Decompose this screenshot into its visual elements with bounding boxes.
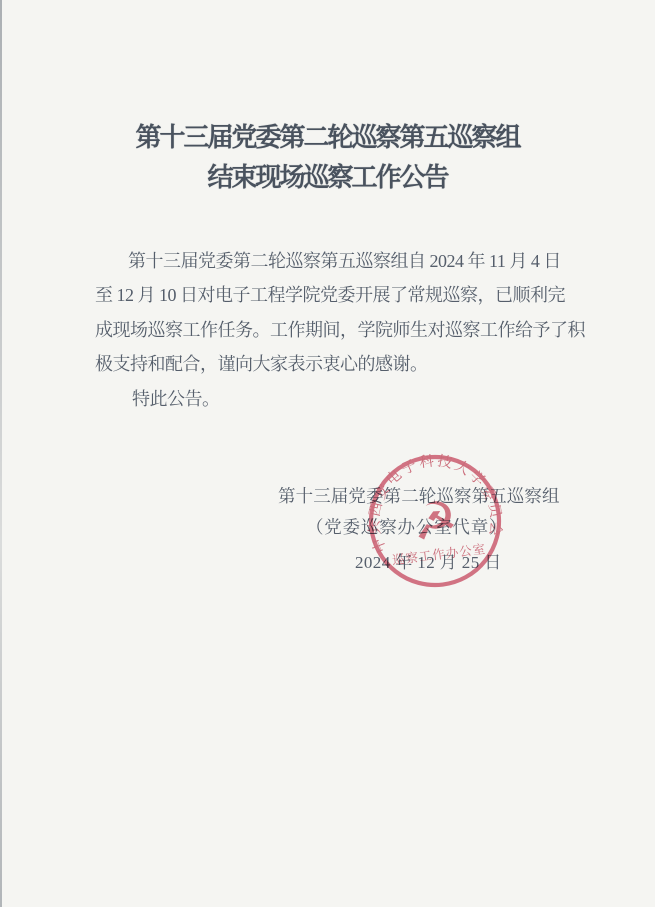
body-line-3: 成现场巡察工作任务。工作期间，学院师生对巡察工作给予了积 <box>95 313 587 347</box>
notice-title-line-1: 第十三届党委第二轮巡察第五巡察组 <box>0 118 655 158</box>
body-line-5: 特此公告。 <box>95 382 587 416</box>
document-page: 第十三届党委第二轮巡察第五巡察组 结束现场巡察工作公告 第十三届党委第二轮巡察第… <box>0 0 655 907</box>
body-line-2: 至 12 月 10 日对电子工程学院党委开展了常规巡察，已顺利完 <box>95 278 587 312</box>
hammer-and-sickle-icon: ☭ <box>409 489 461 552</box>
body-line-1: 第十三届党委第二轮巡察第五巡察组自 2024 年 11 月 4 日 <box>95 244 587 278</box>
official-seal: 中共西安电子科技大学委员会 ☭ 巡察工作办公室 <box>357 443 513 599</box>
notice-body: 第十三届党委第二轮巡察第五巡察组自 2024 年 11 月 4 日 至 12 月… <box>95 244 587 416</box>
body-line-4: 极支持和配合，谨向大家表示衷心的感谢。 <box>95 347 587 381</box>
notice-title: 第十三届党委第二轮巡察第五巡察组 结束现场巡察工作公告 <box>0 118 655 198</box>
notice-title-line-2: 结束现场巡察工作公告 <box>0 158 655 198</box>
